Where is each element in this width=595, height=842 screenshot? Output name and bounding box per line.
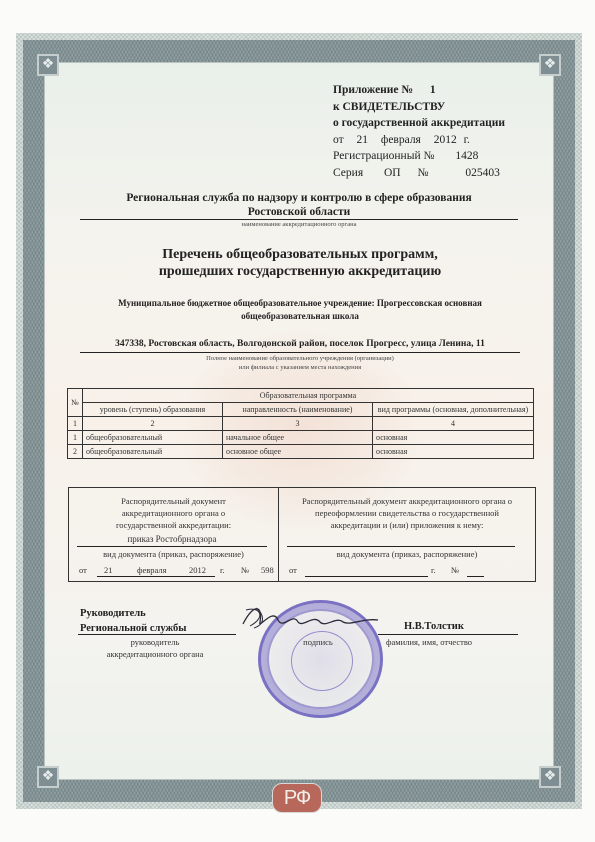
signatory-position: Руководитель Региональной службы [80, 606, 186, 636]
from-label: от [79, 565, 87, 575]
rf-emblem-badge: РФ [272, 783, 322, 813]
signature-caption: подпись [288, 637, 348, 647]
organ-name-line2: Ростовской области [80, 205, 518, 219]
series-label: Серия [333, 165, 363, 182]
accreditation-order-heading: Распорядительный документ аккредитационн… [69, 495, 278, 531]
order-day: 21 [104, 565, 113, 575]
institution-name: Муниципальное бюджетное общеобразователь… [80, 297, 520, 323]
no-label: № [451, 565, 459, 575]
col-direction-header: направленность (наименование) [223, 403, 373, 417]
title-line2: прошедших государственную аккредитацию [100, 263, 500, 280]
series-number: 025403 [465, 165, 500, 182]
corner-ornament-icon: ❖ [37, 766, 59, 788]
institution-name-line1: Муниципальное бюджетное общеобразователь… [80, 297, 520, 310]
appendix-certificate-ref: к СВИДЕТЕЛЬСТВУ [333, 99, 505, 116]
appendix-header: Приложение № 1 к СВИДЕТЕЛЬСТВУ о государ… [333, 82, 505, 181]
col-no-header: № [68, 389, 83, 417]
accreditation-order: Распорядительный документ аккредитационн… [69, 488, 279, 581]
registration-number: 1428 [455, 148, 478, 165]
programs-table: № Образовательная программа уровень (сту… [67, 388, 534, 459]
corner-ornament-icon: ❖ [539, 54, 561, 76]
heading-line: Распорядительный документ [69, 495, 278, 507]
corner-ornament-icon: ❖ [37, 54, 59, 76]
title-line1: Перечень общеобразовательных программ, [100, 246, 500, 263]
table-row: 1 общеобразовательный начальное общее ос… [68, 431, 534, 445]
from-label: от [289, 565, 297, 575]
reissue-order-heading: Распорядительный документ аккредитационн… [279, 495, 535, 531]
row-no: 1 [68, 431, 83, 445]
col-type-header: вид программы (основная, дополнительная) [373, 403, 534, 417]
order-number: 598 [261, 565, 274, 575]
numbering-row: 1 2 3 4 [68, 417, 534, 431]
organ-underline [80, 219, 518, 220]
row-level: общеобразовательный [83, 431, 223, 445]
position-line1: Руководитель [80, 606, 186, 621]
signatory-name: Н.В.Толстик [404, 621, 464, 632]
heading-line: государственной аккредитации: [69, 519, 278, 531]
handwritten-signature [238, 602, 418, 632]
registration-label: Регистрационный № [333, 148, 434, 165]
date-suffix: г. [464, 132, 470, 149]
doc-type-underline [77, 546, 267, 547]
year-suffix: г. [431, 565, 436, 575]
num-cell: 4 [373, 417, 534, 431]
caption-line: руководитель [80, 636, 230, 648]
series-no-label: № [417, 165, 428, 182]
date-month: февраля [381, 132, 421, 149]
institution-caption-line1: Полное наименование образовательного учр… [80, 354, 520, 363]
row-no: 2 [68, 445, 83, 459]
appendix-number: 1 [430, 82, 436, 99]
col-level-header: уровень (ступень) образования [83, 403, 223, 417]
row-direction: основное общее [223, 445, 373, 459]
row-direction: начальное общее [223, 431, 373, 445]
document-title: Перечень общеобразовательных программ, п… [100, 246, 500, 280]
institution-caption-line2: или филиала с указанием места нахождения [80, 363, 520, 372]
table-row: 2 общеобразовательный основное общее осн… [68, 445, 534, 459]
row-level: общеобразовательный [83, 445, 223, 459]
appendix-label: Приложение № [333, 82, 413, 99]
institution-address: 347338, Ростовская область, Волгодонской… [80, 339, 520, 349]
heading-line: аккредитационного органа о [69, 507, 278, 519]
corner-ornament-icon: ❖ [539, 766, 561, 788]
institution-name-line2: общеобразовательная школа [80, 310, 520, 323]
date-underline [305, 576, 428, 577]
order-year: 2012 [189, 565, 206, 575]
group-header: Образовательная программа [83, 389, 534, 403]
num-cell: 3 [223, 417, 373, 431]
appendix-accreditation-ref: о государственной аккредитации [333, 115, 505, 132]
position-caption: руководитель аккредитационного органа [80, 636, 230, 660]
address-underline [80, 352, 520, 353]
order-documents-box: Распорядительный документ аккредитационн… [68, 487, 536, 582]
series-value: ОП [384, 165, 401, 182]
date-year: 2012 [434, 132, 457, 149]
reissue-order: Распорядительный документ аккредитационн… [279, 488, 535, 581]
order-year-suffix: г. [220, 565, 225, 575]
date-underline [97, 576, 215, 577]
row-type: основная [373, 445, 534, 459]
doc-type-caption: вид документа (приказ, распоряжение) [69, 549, 278, 559]
order-doc-type: приказ Ростобрнадзора [77, 534, 267, 544]
row-type: основная [373, 431, 534, 445]
date-day: 21 [357, 132, 369, 149]
caption-line: аккредитационного органа [80, 648, 230, 660]
name-underline [378, 634, 518, 635]
order-no-label: № [241, 565, 249, 575]
position-underline [78, 634, 236, 635]
institution-caption: Полное наименование образовательного учр… [80, 354, 520, 372]
num-cell: 2 [83, 417, 223, 431]
heading-line: аккредитации и (или) приложения к нему: [279, 519, 535, 531]
organ-name-line1: Региональная служба по надзору и контрол… [80, 191, 518, 205]
organ-caption: наименование аккредитационного органа [80, 221, 518, 228]
doc-type-underline [287, 546, 515, 547]
order-month: февраля [137, 565, 167, 575]
number-underline [467, 576, 484, 577]
name-caption: фамилия, имя, отчество [386, 637, 472, 647]
heading-line: Распорядительный документ аккредитационн… [279, 495, 535, 507]
accreditation-organ: Региональная служба по надзору и контрол… [80, 191, 518, 219]
doc-type-caption: вид документа (приказ, распоряжение) [279, 549, 535, 559]
date-prefix: от [333, 132, 344, 149]
num-cell: 1 [68, 417, 83, 431]
heading-line: переоформлении свидетельства о государст… [279, 507, 535, 519]
